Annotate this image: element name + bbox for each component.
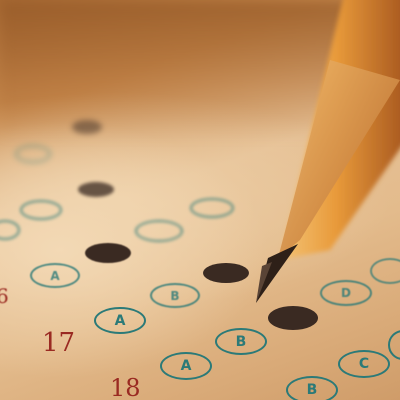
pencil-icon <box>0 0 400 400</box>
answer-sheet-photo: 6 A B D 17 A B 18 A C B <box>0 0 400 400</box>
